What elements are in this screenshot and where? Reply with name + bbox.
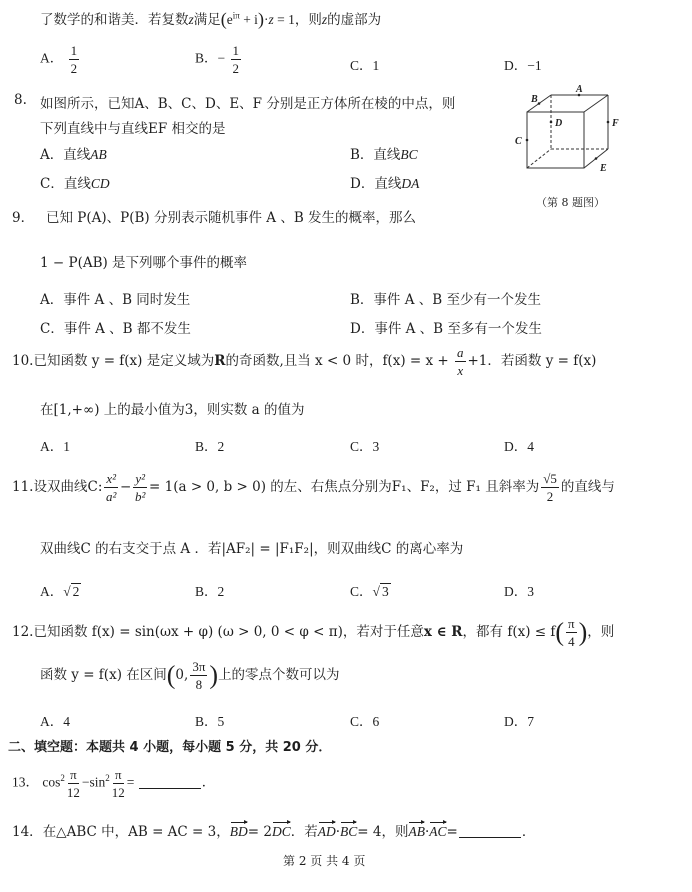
vector-ac: AC bbox=[429, 824, 446, 840]
vector-ad: AD bbox=[318, 824, 336, 840]
q11-option-b: B．2 bbox=[195, 580, 224, 600]
q9-option-d: D．事件 A 、B 至多有一个发生 bbox=[350, 317, 542, 337]
q14-text-b: ．若 bbox=[291, 824, 318, 840]
q12-line1: 12.已知函数 f(x) = sin(ωx + φ) (ω > 0, 0 < φ… bbox=[12, 617, 614, 648]
vector-ab: AB bbox=[408, 824, 425, 840]
point-label-e: E bbox=[599, 163, 607, 174]
option-text: 事件 A 、B 至少有一个发生 bbox=[373, 292, 541, 308]
numerator: x² bbox=[104, 472, 118, 488]
q11-number: 11. bbox=[12, 479, 33, 495]
numerator: 3π bbox=[190, 660, 207, 676]
cos: cos bbox=[42, 775, 60, 790]
fraction-pi-12: π12 bbox=[67, 768, 80, 799]
denominator: b² bbox=[135, 488, 145, 503]
option-value: AB bbox=[90, 147, 107, 162]
q10-option-d: D．4 bbox=[504, 435, 534, 455]
q11-line1: 11.设双曲线C:x²a²−y²b²= 1(a > 0, b > 0) 的左、右… bbox=[12, 472, 615, 503]
option-label: A． bbox=[40, 584, 63, 599]
q7-stem-mid: 满足 bbox=[194, 12, 221, 28]
option-label: C． bbox=[350, 714, 373, 729]
vector-bc: BC bbox=[340, 824, 357, 840]
vector-dc: DC bbox=[272, 824, 291, 840]
q8-option-d: D．直线DA bbox=[350, 172, 419, 192]
sqrt-2: √2 bbox=[63, 583, 81, 599]
q11-text-a: 设双曲线C: bbox=[33, 479, 102, 495]
q12-option-a: A．4 bbox=[40, 710, 70, 730]
option-label: B．直线 bbox=[350, 147, 400, 163]
option-label: C． bbox=[350, 439, 373, 454]
q10-reals: R bbox=[214, 353, 225, 369]
denominator: 2 bbox=[233, 60, 240, 75]
point-label-a: A bbox=[575, 84, 583, 95]
option-label: A． bbox=[40, 714, 63, 729]
q10-text-b: 的奇函数,且当 x < 0 时，f(x) = x + bbox=[225, 353, 448, 369]
q12-text-a: 已知函数 f(x) = sin(ωx + φ) (ω > 0, 0 < φ < … bbox=[33, 624, 423, 640]
option-label: A． bbox=[40, 439, 63, 454]
option-label: D． bbox=[504, 584, 527, 599]
numerator: y² bbox=[133, 472, 147, 488]
option-value: 7 bbox=[527, 714, 534, 729]
figure-caption: （第 8 题图） bbox=[536, 194, 605, 210]
answer-blank[interactable] bbox=[459, 837, 521, 838]
q7-option-c: C．1 bbox=[350, 54, 379, 74]
radicand: 2 bbox=[71, 583, 82, 599]
q12-number: 12. bbox=[12, 624, 33, 640]
q8-option-a: A．直线AB bbox=[40, 143, 107, 163]
q8-option-c: C．直线CD bbox=[40, 172, 110, 192]
q7-option-a: A． 12 bbox=[40, 44, 81, 75]
point-label-f: F bbox=[611, 118, 619, 129]
q12-option-b: B．5 bbox=[195, 710, 224, 730]
option-value: BC bbox=[400, 147, 417, 162]
option-label: D．直线 bbox=[350, 176, 401, 192]
q7-stem: 了数学的和谐美．若复数z满足(eiπ + i)·z = 1，则z的虚部为 bbox=[40, 8, 381, 30]
option-label: A．直线 bbox=[40, 147, 90, 163]
numerator: √5 bbox=[541, 472, 559, 488]
q14-line: 14．在△ABC 中，AB = AC = 3，BD= 2DC．若AD·BC= 4… bbox=[12, 820, 535, 840]
option-label: D． bbox=[504, 439, 527, 454]
option-label: B． bbox=[350, 292, 373, 308]
q13-line: 13． cos2π12−sin2π12= ． bbox=[12, 768, 215, 799]
q8-option-b: B．直线BC bbox=[350, 143, 418, 163]
q10-option-a: A．1 bbox=[40, 435, 70, 455]
q10-option-b: B．2 bbox=[195, 435, 224, 455]
option-value: 2 bbox=[218, 584, 225, 599]
q10-line2: 在[1,+∞) 上的最小值为3，则实数 a 的值为 bbox=[40, 398, 304, 418]
denominator: x bbox=[457, 362, 463, 377]
option-label: B． bbox=[195, 439, 218, 454]
option-label: A． bbox=[40, 292, 63, 308]
sqrt-3: √3 bbox=[373, 583, 391, 599]
q12-text-b: ，都有 f(x) ≤ f bbox=[463, 624, 556, 640]
numerator: π bbox=[68, 768, 79, 784]
period: ． bbox=[522, 824, 536, 840]
option-value: 2 bbox=[218, 439, 225, 454]
q10-line1: 10.已知函数 y = f(x) 是定义域为R的奇函数,且当 x < 0 时，f… bbox=[12, 346, 596, 377]
option-label: B． bbox=[195, 51, 218, 66]
option-text: 事件 A 、B 都不发生 bbox=[64, 321, 191, 337]
numerator: 1 bbox=[69, 44, 80, 60]
fraction-pi-12: π12 bbox=[112, 768, 125, 799]
option-value: 3 bbox=[373, 439, 380, 454]
q9-line1: 已知 P(A)、P(B) 分别表示随机事件 A 、B 发生的概率，那么 bbox=[46, 206, 416, 226]
option-value: 5 bbox=[218, 714, 225, 729]
fraction-pi-4: π4 bbox=[566, 617, 577, 648]
answer-blank[interactable] bbox=[139, 788, 201, 789]
square: 2 bbox=[105, 773, 110, 783]
cube-diagram: A B C D E F bbox=[510, 84, 650, 194]
option-label: C． bbox=[350, 584, 373, 599]
q12-option-d: D．7 bbox=[504, 710, 534, 730]
point-label-d: D bbox=[554, 118, 562, 129]
option-text: 事件 A 、B 至多有一个发生 bbox=[374, 321, 542, 337]
numerator: π bbox=[113, 768, 124, 784]
option-value: DA bbox=[401, 176, 419, 191]
fraction: ax bbox=[455, 346, 466, 377]
q9-option-b: B．事件 A 、B 至少有一个发生 bbox=[350, 288, 541, 308]
q12-text-e: 上的零点个数可以为 bbox=[218, 667, 340, 683]
denominator: 12 bbox=[112, 784, 125, 799]
radicand: 3 bbox=[380, 583, 391, 599]
q12-text-d: 函数 y = f(x) 在区间 bbox=[40, 667, 167, 683]
q7-formula: (eiπ + i)·z = 1 bbox=[221, 12, 295, 27]
fraction-slope: √52 bbox=[541, 472, 559, 503]
option-value: 1 bbox=[373, 58, 380, 73]
equals: = bbox=[447, 824, 458, 840]
option-label: C．直线 bbox=[40, 176, 91, 192]
denominator: 2 bbox=[71, 60, 78, 75]
fraction-x2-a2: x²a² bbox=[104, 472, 118, 503]
q7-option-b: B．− 12 bbox=[195, 44, 243, 75]
equals: = bbox=[127, 775, 135, 790]
q11-text-c: 的直线与 bbox=[561, 479, 615, 495]
q8-cube-figure: A B C D E F （第 8 题图） bbox=[510, 84, 650, 214]
numerator: 1 bbox=[231, 44, 242, 60]
q11-text-b: = 1(a > 0, b > 0) 的左、右焦点分别为F₁、F₂，过 F₁ 且斜… bbox=[149, 479, 539, 495]
vector-bd: BD bbox=[230, 824, 248, 840]
option-value: 3 bbox=[527, 584, 534, 599]
option-label: D． bbox=[504, 58, 527, 73]
q14-number: 14． bbox=[12, 824, 43, 840]
q7-stem-end: ，则 bbox=[295, 12, 322, 28]
q11-option-c: C．√3 bbox=[350, 580, 391, 600]
option-label: A． bbox=[40, 51, 63, 66]
q9-option-c: C．事件 A 、B 都不发生 bbox=[40, 317, 191, 337]
option-value: CD bbox=[91, 176, 110, 191]
denominator: 8 bbox=[196, 676, 203, 691]
option-value: 6 bbox=[373, 714, 380, 729]
q7-option-d: D．−1 bbox=[504, 54, 542, 74]
q10-text-c: +1．若函数 y = f(x) bbox=[468, 353, 597, 369]
option-text: 事件 A 、B 同时发生 bbox=[63, 292, 190, 308]
minus-sign: − bbox=[218, 51, 226, 66]
section-2-title: 二、填空题：本题共 4 小题，每小题 5 分，共 20 分． bbox=[8, 736, 331, 755]
period: ． bbox=[202, 775, 216, 790]
q7-stem-text: 了数学的和谐美．若复数 bbox=[40, 12, 189, 28]
numerator: a bbox=[455, 346, 466, 362]
interval-left: 0, bbox=[175, 667, 188, 683]
sin: sin bbox=[90, 775, 106, 790]
numerator: π bbox=[566, 617, 577, 633]
denominator: 12 bbox=[67, 784, 80, 799]
fraction: 12 bbox=[231, 44, 242, 75]
q14-text-c: = 4，则 bbox=[357, 824, 408, 840]
option-label: C． bbox=[40, 321, 64, 337]
option-label: B． bbox=[195, 584, 218, 599]
q14-eq2: = 2 bbox=[248, 824, 272, 840]
q10-text-a: 已知函数 y = f(x) 是定义域为 bbox=[33, 353, 214, 369]
page-footer: 第 2 页 共 4 页 bbox=[283, 852, 365, 869]
point-label-c: C bbox=[515, 136, 522, 147]
q12-option-c: C．6 bbox=[350, 710, 379, 730]
point-label-b: B bbox=[530, 94, 538, 105]
option-value: 4 bbox=[527, 439, 534, 454]
q12-line2: 函数 y = f(x) 在区间(0,3π8)上的零点个数可以为 bbox=[40, 660, 340, 691]
q9-line2: 1 − P(AB) 是下列哪个事件的概率 bbox=[40, 251, 247, 271]
q12-text-c: ，则 bbox=[587, 624, 614, 640]
q11-option-a: A．√2 bbox=[40, 580, 81, 600]
q10-option-c: C．3 bbox=[350, 435, 379, 455]
option-label: D． bbox=[350, 321, 374, 337]
q7-stem-end2: 的虚部为 bbox=[327, 12, 381, 28]
denominator: 4 bbox=[568, 633, 575, 648]
fraction: 12 bbox=[69, 44, 80, 75]
option-value: −1 bbox=[527, 58, 541, 73]
option-value: 1 bbox=[63, 439, 70, 454]
denominator: 2 bbox=[547, 488, 554, 503]
q13-number: 13． bbox=[12, 775, 39, 790]
q11-option-d: D．3 bbox=[504, 580, 534, 600]
option-label: C． bbox=[350, 58, 373, 73]
minus: − bbox=[82, 775, 90, 790]
q9-option-a: A．事件 A 、B 同时发生 bbox=[40, 288, 190, 308]
q10-number: 10. bbox=[12, 353, 33, 369]
square: 2 bbox=[60, 773, 65, 783]
q14-text-a: 在△ABC 中，AB = AC = 3， bbox=[43, 824, 230, 840]
q8-line1: 如图所示，已知A、B、C、D、E、F 分别是正方体所在棱的中点，则 bbox=[40, 92, 455, 112]
option-value: 4 bbox=[63, 714, 70, 729]
q8-line2: 下列直线中与直线EF 相交的是 bbox=[40, 117, 226, 137]
option-label: B． bbox=[195, 714, 218, 729]
q9-number: 9． bbox=[12, 206, 34, 226]
q12-domain: x ∈ R bbox=[424, 624, 463, 640]
fraction-y2-b2: y²b² bbox=[133, 472, 147, 503]
q11-line2: 双曲线C 的右支交于点 A ．若|AF₂| = |F₁F₂|，则双曲线C 的离心… bbox=[40, 537, 463, 557]
denominator: a² bbox=[106, 488, 116, 503]
q8-number: 8. bbox=[14, 92, 27, 108]
option-label: D． bbox=[504, 714, 527, 729]
fraction-3pi-8: 3π8 bbox=[190, 660, 207, 691]
